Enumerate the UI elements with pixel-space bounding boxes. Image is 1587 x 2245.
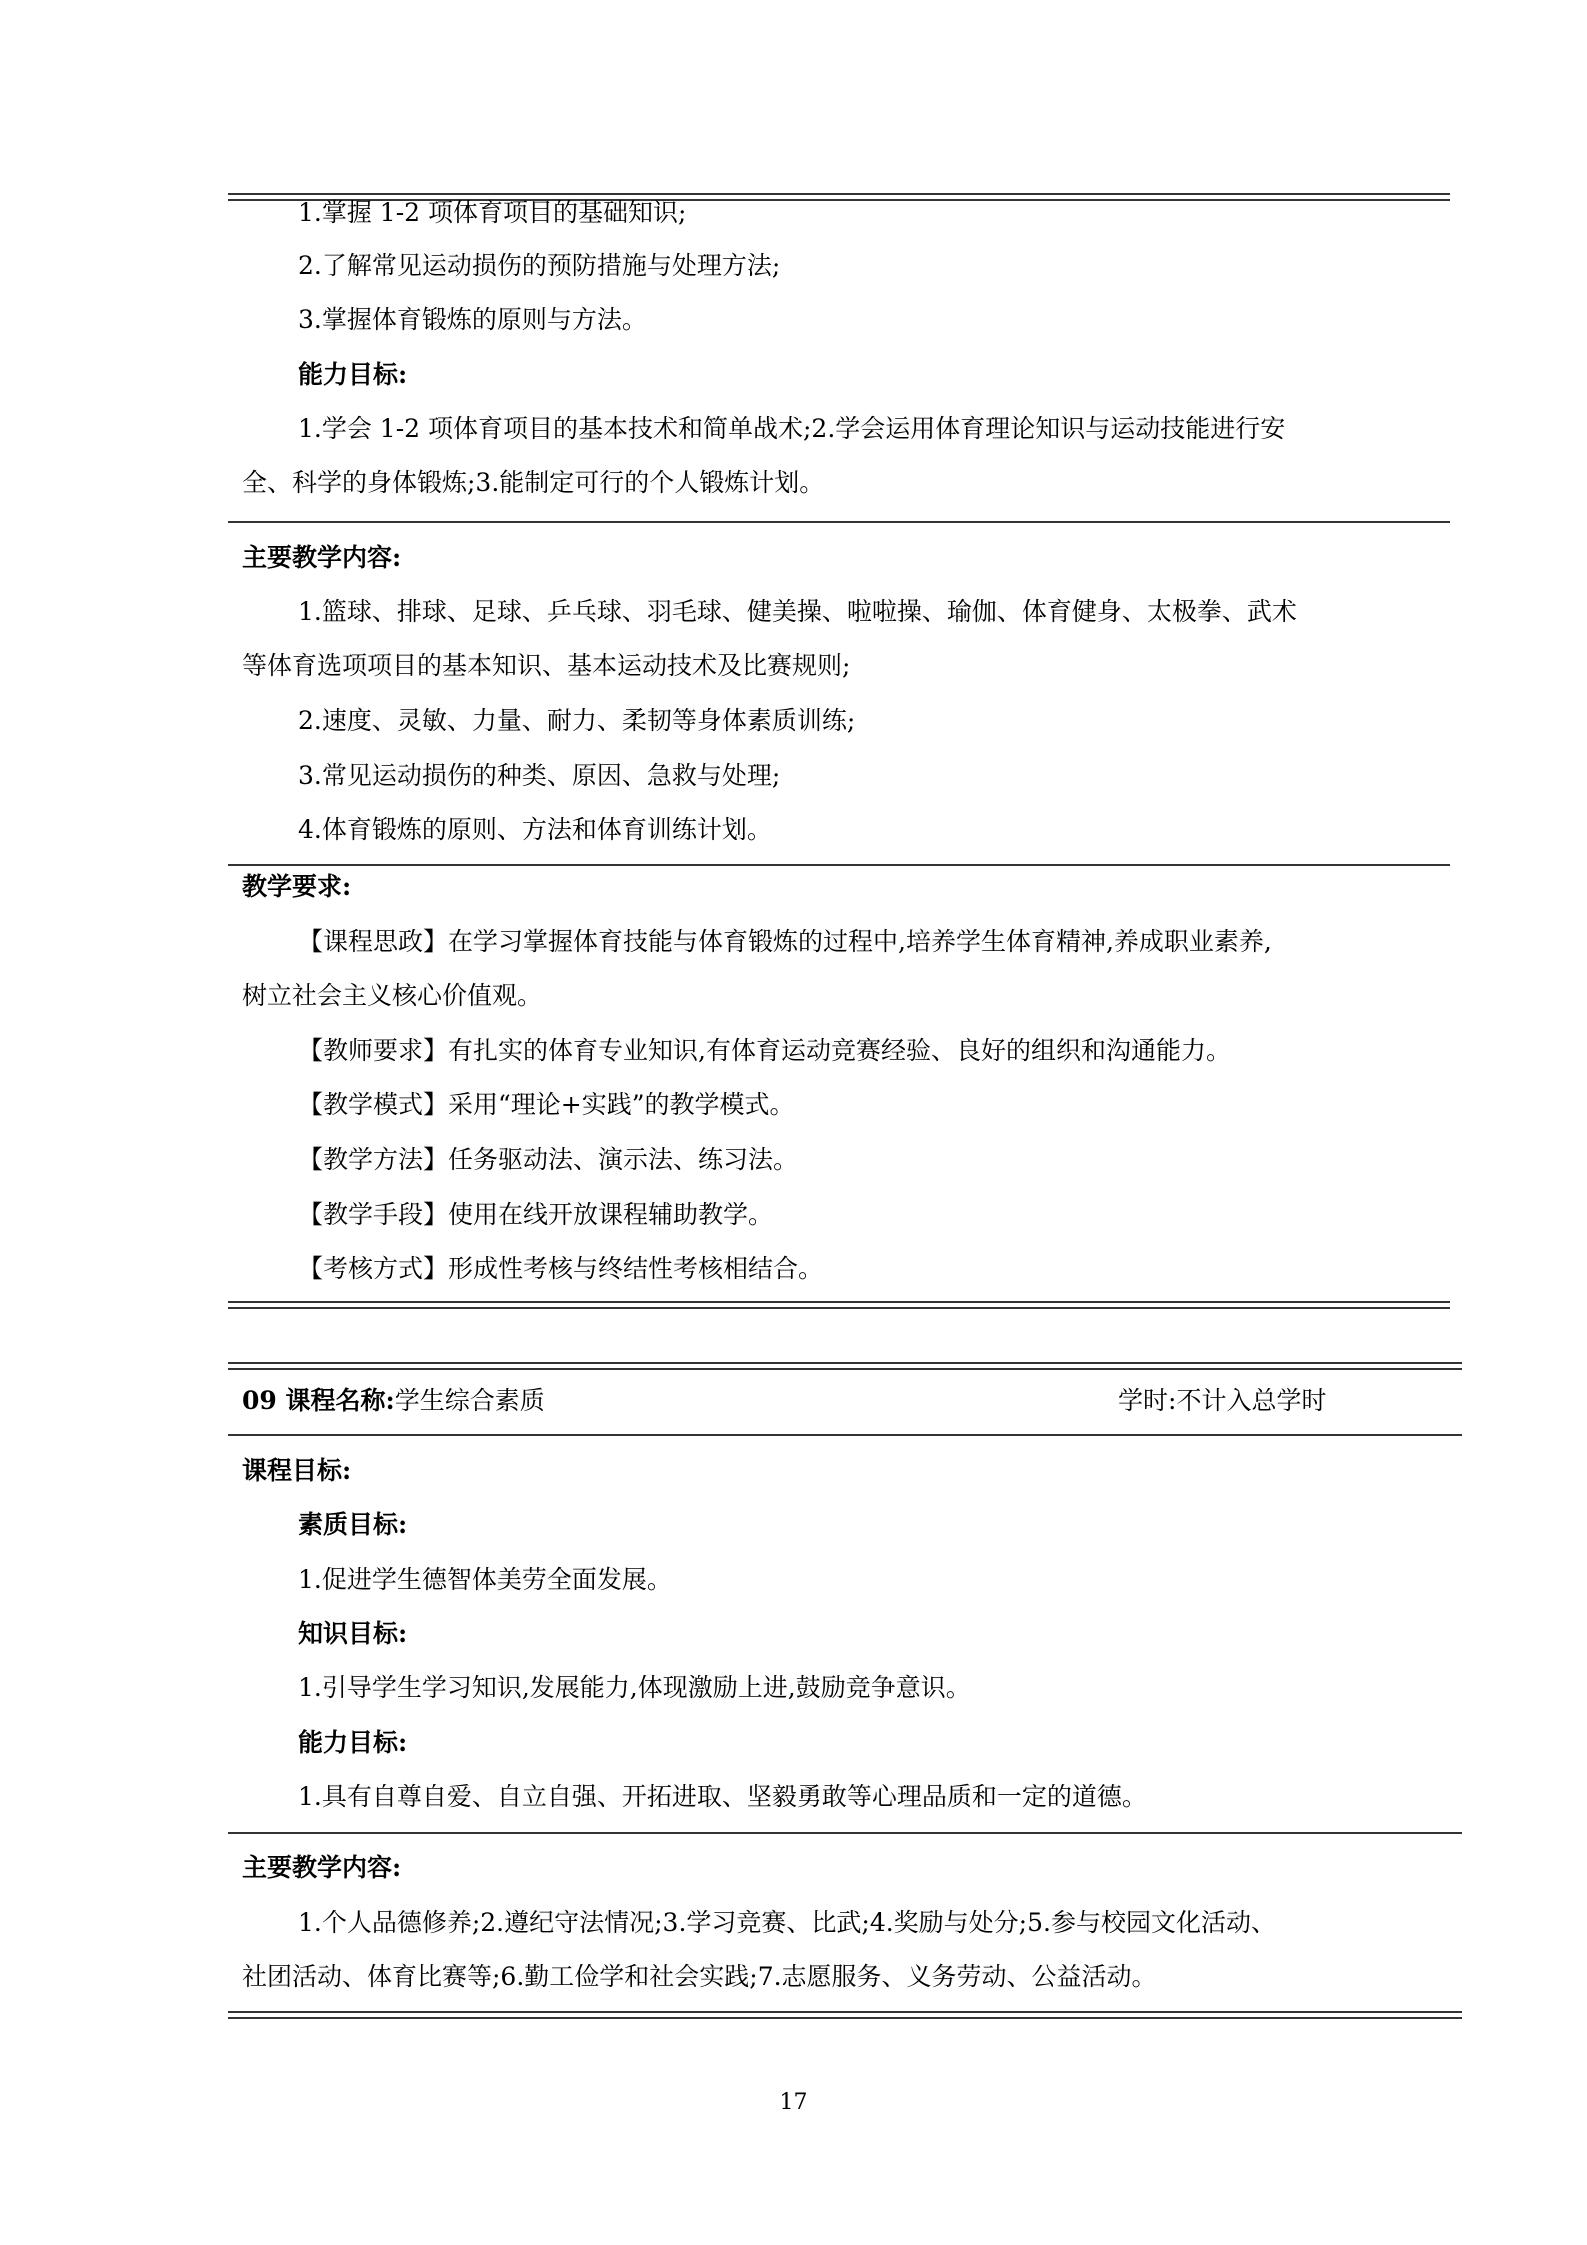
ability-text: 全、科学的身体锻炼;3.能制定可行的个人锻炼计划。 (242, 468, 824, 498)
requirement-line: 树立社会主义核心价值观。 (242, 981, 542, 1011)
section-end-double-rule (228, 1301, 1450, 1309)
ability-heading: 能力目标: (298, 1728, 407, 1758)
ability-heading: 能力目标: (298, 360, 407, 390)
content-line: 1.篮球、排球、足球、乒乓球、羽毛球、健美操、啦啦操、瑜伽、体育健身、太极拳、武… (298, 597, 1297, 627)
requirement-line: 【教学手段】使用在线开放课程辅助教学。 (298, 1200, 773, 1230)
course-hours: 学时:不计入总学时 (1118, 1386, 1326, 1416)
requirements-heading: 教学要求: (242, 872, 351, 902)
divider (228, 521, 1450, 523)
content-heading: 主要教学内容: (242, 1853, 401, 1883)
quality-heading: 素质目标: (298, 1510, 407, 1540)
ability-item: 1.具有自尊自爱、自立自强、开拓进取、坚毅勇敢等心理品质和一定的道德。 (298, 1782, 1147, 1812)
section2-top-double-rule (228, 1362, 1462, 1370)
divider (228, 1434, 1462, 1436)
requirement-line: 【课程思政】在学习掌握体育技能与体育锻炼的过程中,培养学生体育精神,养成职业素养… (298, 927, 1272, 957)
ability-text: 1.学会 1-2 项体育项目的基本技术和简单战术;2.学会运用体育理论知识与运动… (298, 414, 1285, 444)
divider (228, 1832, 1462, 1834)
course-label: 09 课程名称: (242, 1386, 395, 1415)
knowledge-item: 1.引导学生学习知识,发展能力,体现激励上进,鼓励竞争意识。 (298, 1673, 971, 1703)
hours-label: 学时: (1118, 1386, 1176, 1415)
content-line: 1.个人品德修养;2.遵纪守法情况;3.学习竞赛、比武;4.奖励与处分;5.参与… (298, 1908, 1276, 1938)
content-line: 社团活动、体育比赛等;6.勤工俭学和社会实践;7.志愿服务、义务劳动、公益活动。 (242, 1962, 1157, 1992)
knowledge-heading: 知识目标: (298, 1619, 407, 1649)
divider (228, 864, 1450, 866)
course-title: 09 课程名称:学生综合素质 (242, 1386, 545, 1416)
content-line: 等体育选项项目的基本知识、基本运动技术及比赛规则; (242, 651, 850, 681)
content-line: 2.速度、灵敏、力量、耐力、柔韧等身体素质训练; (298, 706, 855, 736)
content-line: 4.体育锻炼的原则、方法和体育训练计划。 (298, 815, 772, 845)
content-heading: 主要教学内容: (242, 543, 401, 573)
quality-item: 1.促进学生德智体美劳全面发展。 (298, 1565, 672, 1595)
course-name: 学生综合素质 (395, 1386, 545, 1415)
knowledge-item: 1.掌握 1-2 项体育项目的基础知识; (298, 198, 686, 228)
hours-value: 不计入总学时 (1176, 1386, 1326, 1415)
knowledge-item: 2.了解常见运动损伤的预防措施与处理方法; (298, 251, 780, 281)
document-page: 1.掌握 1-2 项体育项目的基础知识; 2.了解常见运动损伤的预防措施与处理方… (0, 0, 1587, 2245)
requirement-line: 【教学模式】采用“理论+实践”的教学模式。 (298, 1090, 795, 1120)
requirement-line: 【教师要求】有扎实的体育专业知识,有体育运动竞赛经验、良好的组织和沟通能力。 (298, 1036, 1231, 1066)
requirement-line: 【教学方法】任务驱动法、演示法、练习法。 (298, 1145, 798, 1175)
knowledge-item: 3.掌握体育锻炼的原则与方法。 (298, 305, 647, 335)
page-number: 17 (0, 2090, 1587, 2115)
requirement-line: 【考核方式】形成性考核与终结性考核相结合。 (298, 1254, 823, 1284)
objectives-heading: 课程目标: (242, 1456, 351, 1486)
content-line: 3.常见运动损伤的种类、原因、急救与处理; (298, 761, 780, 791)
section2-end-double-rule (228, 2011, 1462, 2019)
